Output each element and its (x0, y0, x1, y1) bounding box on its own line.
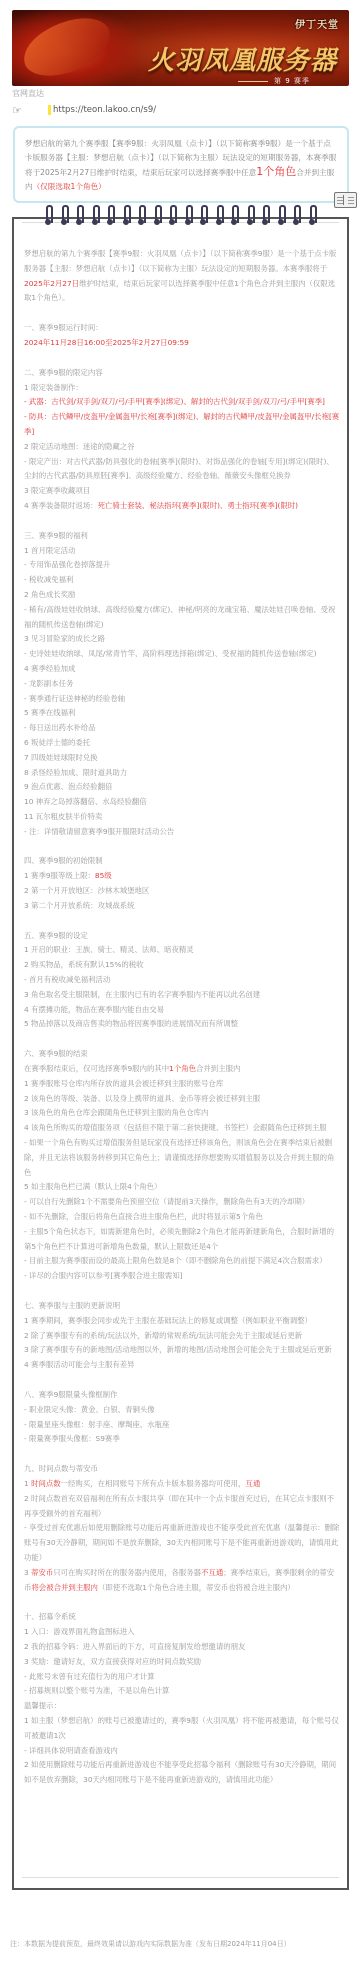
summary-highlight: 1个角色 (256, 165, 296, 178)
list-item: - 可以自行先删除1个不需要角色预留空位（请提前3天操作，删除角色有3天的冷却期… (24, 1195, 340, 1210)
list-item: 3 第二个月开放系统：攻城战系统 (24, 899, 340, 914)
list-item: 4 赛季经验加成 (24, 662, 340, 677)
list-item: 2 该角色的等级、装备、以及身上携带的道具、金币等将会被迁移到主服 (24, 1092, 340, 1107)
phoenix-artwork (12, 10, 142, 86)
pointing-hand-icon: ☞ (12, 104, 34, 117)
link-marker (48, 105, 51, 115)
list-item: 3 该角色的角色仓库会跟随角色迁移到主服的角色仓库内 (24, 1106, 340, 1121)
list-item: 2 角色成长奖励 (24, 588, 340, 603)
section-2-title: 二、赛季9服的限定内容 (24, 366, 340, 381)
banner-season: 第 9 赛季 (232, 76, 349, 86)
announcement-body: 梦想启航的第九个赛季服【赛季9服：火羽凤凰（点卡）】（以下简称赛季9服）是一个基… (24, 247, 340, 1788)
list-item: 8 杀怪经验加成、限时道具助力 (24, 766, 340, 781)
list-item: - 详尽的合服内容可以参考[赛季服合进主服需知] (24, 1269, 340, 1284)
list-item: - 每日送出药水补给品 (24, 721, 340, 736)
list-item: 1 入口：游戏界面礼物盒图标进入 (24, 1625, 340, 1640)
list-item: 1 时间点数一经购买，在相同账号下所有点卡版本服务器均可使用，互通 (24, 1477, 340, 1492)
section-8-title: 八、赛季9服限量头像框制作 (24, 1388, 340, 1403)
list-item: 在赛季服结束后，仅可选择赛季9服内的其中1个角色合并到主服内 (24, 1062, 340, 1077)
section-5-title: 五、赛季9服的设定 (24, 929, 340, 944)
list-item: - 职业限定头像：黄金、白银、青铜头像 (24, 1403, 340, 1418)
list-item: - 史诗娃娃收纳球、凤尾/常青竹竿、高阶料理选择箱(绑定)、受祝福的随机传送卷轴… (24, 647, 340, 662)
notebook-binding-rings (45, 205, 315, 227)
summary-card: 梦想启航的第九个赛季服【赛季9服：火羽凤凰（点卡）】（以下简称赛季9服）是一个基… (13, 126, 349, 203)
notebook-panel: 梦想启航的第九个赛季服【赛季9服：火羽凤凰（点卡）】（以下简称赛季9服）是一个基… (12, 217, 349, 1890)
list-item: 1 限定装备制作： (24, 381, 340, 396)
list-item: 9 泡点优惠、泡点经验翻倍 (24, 780, 340, 795)
list-item: 温馨提示： (24, 1699, 340, 1714)
list-item: 2 时间点数首充双倍福利在所有点卡服共享（即在其中一个点卡服首充过后，在其它点卡… (24, 1492, 340, 1522)
section-1-title: 一、赛季9服运行时间： (24, 321, 340, 336)
official-site-link[interactable]: https://teon.lakoo.cn/s9/ (53, 105, 156, 115)
list-item: 4 赛季装备限时返场：死亡骑士套装、秘法指环[赛季](限时)、勇士指环[赛季](… (24, 499, 340, 514)
list-item: 6 叛徒浮士德的委托 (24, 736, 340, 751)
list-item: - 限定产出：对古代武器/防具强化的卷轴[赛季](限时)、对饰品强化的卷轴[专用… (24, 455, 340, 485)
list-item: - 如果一个角色有购买过增值服务但是玩家没有选择迁移该角色，则该角色会在赛季结束… (24, 1136, 340, 1180)
footer-disclaimer: 注：本数据为提前预览，最终效果请以游戏内实际数据为准（发布日期2024年11月0… (10, 1939, 291, 1949)
list-item: 5 赛季在线福利 (24, 706, 340, 721)
list-item: 11 瓦尔粗皮肤半价特卖 (24, 810, 340, 825)
list-item: - 限量星座头像框：射手座、摩羯座、水瓶座 (24, 1418, 340, 1433)
book-icon[interactable] (334, 192, 357, 208)
list-item: 1 开启的职业：王族、骑士、精灵、法师、暗夜精灵 (24, 943, 340, 958)
list-item: - 限量赛季服头像框：S9赛季 (24, 1432, 340, 1447)
list-item: - 赛季通行证送神秘的经验卷轴 (24, 692, 340, 707)
list-item: - 龙影副本任务 (24, 677, 340, 692)
section-4-title: 四、赛季9服的初始限制 (24, 854, 340, 869)
list-item: 3 除了赛季服专有的新地图/活动地图以外，新增的地图/活动地图会可能会先于主服或… (24, 1343, 340, 1358)
list-item: - 首月有税收减免福利活动 (24, 973, 340, 988)
list-item: 1 如主服（梦想启航）的账号已被邀请过的，赛季9服（火羽凤凰）将不能再被邀请，每… (24, 1714, 340, 1744)
list-item: 4 该角色所购买的增值服务项（包括但不限于第二套快捷键、书签栏）会跟随角色迁移到… (24, 1121, 340, 1136)
intro-paragraph: 梦想启航的第九个赛季服【赛季9服：火羽凤凰（点卡）】（以下简称赛季9服）是一个基… (24, 247, 340, 306)
list-item: - 此账号未曾有过充值行为的用户才计算 (24, 1670, 340, 1685)
list-item: 3 奖励：邀请好友，双方直接获得对应的时间点数奖励 (24, 1655, 340, 1670)
section-6-title: 六、赛季9服的结束 (24, 1047, 340, 1062)
official-link-row[interactable]: ☞ https://teon.lakoo.cn/s9/ (12, 103, 156, 117)
section-10-title: 十、招募令系统 (24, 1610, 340, 1625)
list-item: 4 赛季服活动可能会与主服有差异 (24, 1358, 340, 1373)
list-item: 1 赛季服账号仓库内所存放的道具会被迁移到主服的账号仓库 (24, 1077, 340, 1092)
list-item: 2 第一个月开放地区：沙林木城堡地区 (24, 884, 340, 899)
list-item: - 招募规则以整个账号为准，不是以角色计算 (24, 1684, 340, 1699)
list-item: 2 购买物品，系统有默认15%的税收 (24, 958, 340, 973)
list-item: 2 如使用删除账号功能后再重新进游戏也不能享受此招募令福利（删除账号有30天冷静… (24, 1758, 340, 1788)
game-logo: 伊丁天堂 (295, 16, 339, 31)
list-item: 2 限定活动地图：迷途的隐藏之谷 (24, 440, 340, 455)
summary-note: （仅限选取1个角色） (33, 182, 106, 191)
list-item: 3 限定赛季收藏项目 (24, 484, 340, 499)
list-item: 3 见习冒险家的成长之路 (24, 632, 340, 647)
hero-banner: 伊丁天堂 火羽凤凰服务器 第 9 赛季 (12, 10, 349, 86)
section-7-title: 七、赛季服与主服的更新说明 (24, 1299, 340, 1314)
banner-title: 火羽凤凰服务器 (148, 40, 337, 77)
list-item: 3 角色取名受主服限制，在主服内已有的名字赛季服内不能再以此名创建 (24, 988, 340, 1003)
list-item: 1 首月限定活动 (24, 544, 340, 559)
section-9-title: 九、时间点数与蒂安币 (24, 1462, 340, 1477)
list-item: 1 赛季9服等级上限：85级 (24, 869, 340, 884)
list-item: 10 神弃之岛掉落翻倍、水岛经验翻倍 (24, 795, 340, 810)
list-item: - 目前主服为赛季服而设的最高上限角色数是8个（即不删除角色的前提下满足4次合服… (24, 1254, 340, 1269)
list-item: 5 物品掉落以及商店售卖的物品将因赛季服的进展情况而有所调整 (24, 1017, 340, 1032)
list-item: 3 蒂安币只可在购买时所在的服务器内使用，各服务器不互通；赛季结束后，赛季服剩余… (24, 1566, 340, 1596)
run-time: 2024年11月28日16:00至2025年2月27日09:59 (24, 336, 340, 351)
list-item: 7 四级娃娃球限时兑换 (24, 751, 340, 766)
list-item: 5 如主服角色栏已满（默认上限4个角色） (24, 1180, 340, 1195)
list-item: - 稀有/高级娃娃收纳球、高级经验魔方(绑定)、神秘/明亮的龙魂宝箱、魔法娃娃召… (24, 603, 340, 633)
list-item: - 税收减免福利 (24, 573, 340, 588)
list-item: 2 除了赛季服专有的系统/玩法以外，新增的常规系统/玩法可能会先于主服或延后更新 (24, 1329, 340, 1344)
list-item: 1 赛季期间，赛季服会同步或先于主服在基础玩法上的修复或调整（例如职业平衡调整） (24, 1314, 340, 1329)
list-item: 2 我的招募令码：进入界面后的下方，可直接复制发给想邀请的朋友 (24, 1640, 340, 1655)
section-3-title: 三、赛季9服的福利 (24, 529, 340, 544)
list-item: - 防具：古代鳞甲/皮盔甲/金属盔甲/长袍[赛季](绑定)、解封的古代鳞甲/皮盔… (24, 410, 340, 440)
list-item: - 详细具体说明请查看游戏内 (24, 1744, 340, 1759)
list-item: - 专用饰品强化卷掉落提升 (24, 558, 340, 573)
list-item: 4 有摆摊功能，物品在赛季服内能自由交易 (24, 1003, 340, 1018)
list-item: - 主服5个角色状态下，如需新建角色时，必须先删除2个角色才能再新建新角色，合服… (24, 1225, 340, 1255)
list-item: - 武器：古代剑/双手剑/双刀/弓/手甲[赛季](绑定)、解封的古代剑/双手剑/… (24, 395, 340, 410)
list-item: - 如不先删除，合服后将角色直接合进主服角色栏，此时将显示第5个角色 (24, 1210, 340, 1225)
list-item: - 注：详情敬请留意赛季9服开服限时活动公告 (24, 825, 340, 840)
official-site-label: 官网直达 (12, 88, 44, 99)
list-item: - 享受过首充优惠后如使用删除账号功能后再重新进游戏也不能享受此首充优惠（温馨提… (24, 1521, 340, 1565)
